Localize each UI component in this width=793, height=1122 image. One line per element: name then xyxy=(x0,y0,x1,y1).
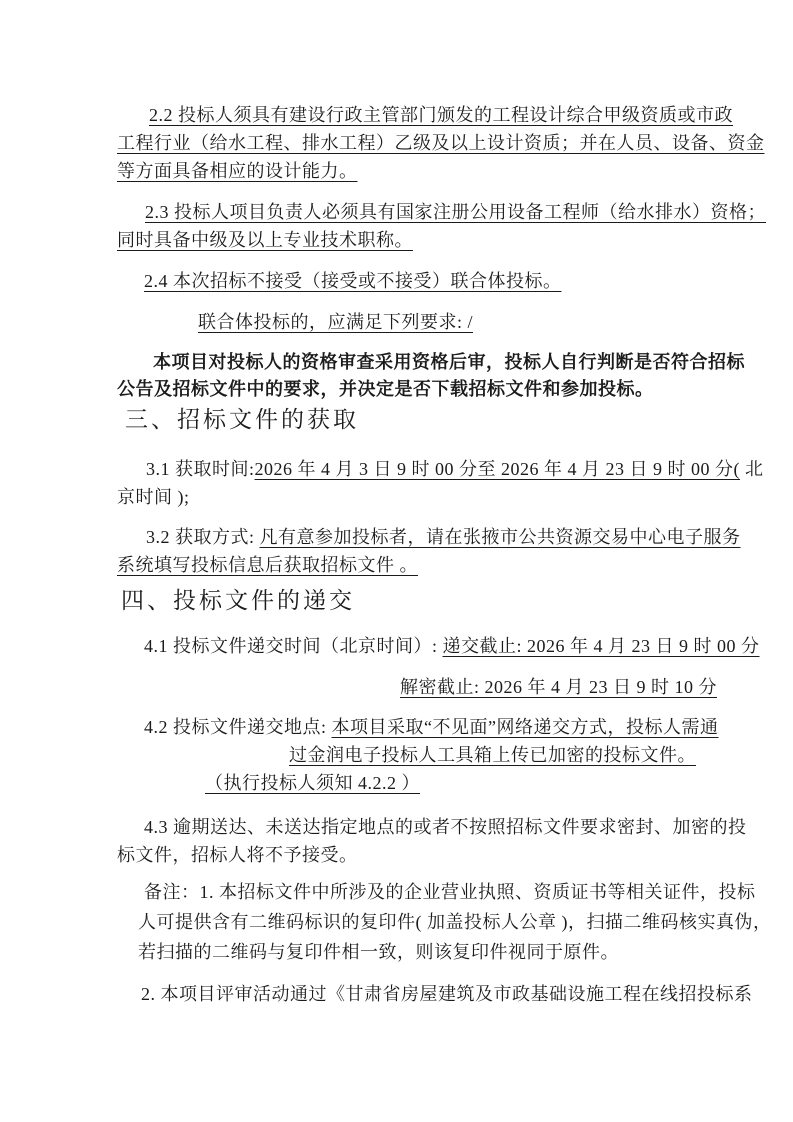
clause-4-2-line-3: （执行投标人须知 4.2.2 ） xyxy=(117,769,707,797)
clause-4-3: 4.3 逾期送达、未送达指定地点的或者不按照招标文件要求密封、加密的投 标文件，… xyxy=(117,813,707,869)
post-qualification-line-1: 本项目对投标人的资格审查采用资格后审，投标人自行判断是否符合招标 xyxy=(117,349,707,376)
post-qualification-line-2: 公告及招标文件中的要求，并决定是否下载招标文件和参加投标。 xyxy=(117,376,707,403)
clause-2-2-line-2: 工程行业（给水工程、排水工程）乙级及以上设计资质；并在人员、设备、资金 xyxy=(117,129,707,157)
remark-1: 备注：1. 本招标文件中所涉及的企业营业执照、资质证书等相关证件，投标 人可提供… xyxy=(117,877,707,967)
remark-1-line-2: 人可提供含有二维码标识的复印件( 加盖投标人公章 )，扫描二维码核实真伪， xyxy=(117,907,707,937)
joint-bid-requirement: 联合体投标的，应满足下列要求: / xyxy=(117,308,707,336)
clause-4-3-line-1: 4.3 逾期送达、未送达指定地点的或者不按照招标文件要求密封、加密的投 xyxy=(117,813,707,841)
remark-2: 2. 本项目评审活动通过《甘肃省房屋建筑及市政基础设施工程在线招投标系 xyxy=(117,980,707,1008)
section-3-heading-block: 三、招标文件的获取 xyxy=(117,405,707,435)
joint-bid-requirement-line: 联合体投标的，应满足下列要求: / xyxy=(117,308,707,336)
post-qualification-note: 本项目对投标人的资格审查采用资格后审，投标人自行判断是否符合招标 公告及招标文件… xyxy=(117,349,707,403)
clause-4-1: 4.1 投标文件递交时间（北京时间）: 递交截止: 2026 年 4 月 23 … xyxy=(117,632,707,701)
section-4-heading-block: 四、投标文件的递交 xyxy=(117,586,707,616)
clause-3-1-line-1: 3.1 获取时间:2026 年 4 月 3 日 9 时 00 分至 2026 年… xyxy=(117,455,707,483)
clause-3-1-line-2: 京时间 ); xyxy=(117,483,707,511)
clause-4-3-line-2: 标文件，招标人将不予接受。 xyxy=(117,841,707,869)
clause-3-1: 3.1 获取时间:2026 年 4 月 3 日 9 时 00 分至 2026 年… xyxy=(117,455,707,511)
clause-2-3: 2.3 投标人项目负责人必须具有国家注册公用设备工程师（给水排水）资格； 同时具… xyxy=(117,198,707,254)
clause-3-2-method-part-1: 凡有意参加投标者，请在张掖市公共资源交易中心电子服务 xyxy=(260,527,741,547)
clause-2-4: 2.4 本次招标不接受（接受或不接受）联合体投标。 xyxy=(117,267,707,295)
clause-4-2-place-part-1: 本项目采取“不见面”网络递交方式，投标人需通 xyxy=(332,717,719,737)
clause-2-2-line-1: 2.2 投标人须具有建设行政主管部门颁发的工程设计综合甲级资质或市政 xyxy=(117,101,707,129)
clause-2-2-line-3: 等方面具备相应的设计能力。 xyxy=(117,157,707,185)
clause-3-2-label: 3.2 获取方式: xyxy=(146,527,260,547)
clause-4-1-submit-deadline: 递交截止: 2026 年 4 月 23 日 9 时 00 分 xyxy=(443,636,760,656)
clause-3-2-line-1: 3.2 获取方式: 凡有意参加投标者，请在张掖市公共资源交易中心电子服务 xyxy=(117,523,707,551)
remark-1-line-1: 备注：1. 本招标文件中所涉及的企业营业执照、资质证书等相关证件，投标 xyxy=(117,877,707,907)
clause-2-4-line-1: 2.4 本次招标不接受（接受或不接受）联合体投标。 xyxy=(117,267,707,295)
remark-2-line-1: 2. 本项目评审活动通过《甘肃省房屋建筑及市政基础设施工程在线招投标系 xyxy=(117,980,707,1008)
clause-4-1-line-1: 4.1 投标文件递交时间（北京时间）: 递交截止: 2026 年 4 月 23 … xyxy=(117,632,707,660)
clause-2-2: 2.2 投标人须具有建设行政主管部门颁发的工程设计综合甲级资质或市政 工程行业（… xyxy=(117,101,707,185)
clause-4-2-line-1: 4.2 投标文件递交地点: 本项目采取“不见面”网络递交方式，投标人需通 xyxy=(117,713,707,741)
clause-4-1-decrypt-deadline: 解密截止: 2026 年 4 月 23 日 9 时 10 分 xyxy=(400,677,717,697)
remark-1-line-3: 若扫描的二维码与复印件相一致，则该复印件视同于原件。 xyxy=(117,937,707,967)
clause-3-1-label: 3.1 获取时间: xyxy=(146,459,255,479)
clause-4-2-line-2: 过金润电子投标人工具箱上传已加密的投标文件。 xyxy=(117,741,707,769)
clause-4-2: 4.2 投标文件递交地点: 本项目采取“不见面”网络递交方式，投标人需通 过金润… xyxy=(117,713,707,797)
clause-3-2-method-part-2: 系统填写投标信息后获取招标文件 。 xyxy=(117,555,418,575)
section-4-heading: 四、投标文件的递交 xyxy=(117,586,707,616)
clause-4-2-label: 4.2 投标文件递交地点: xyxy=(144,717,332,737)
clause-2-3-line-2: 同时具备中级及以上专业技术职称。 xyxy=(117,226,707,254)
clause-3-1-tail: 北 xyxy=(740,459,764,479)
document-page: 2.2 投标人须具有建设行政主管部门颁发的工程设计综合甲级资质或市政 工程行业（… xyxy=(0,0,793,1122)
clause-4-1-line-2: 解密截止: 2026 年 4 月 23 日 9 时 10 分 xyxy=(117,673,707,701)
section-3-heading: 三、招标文件的获取 xyxy=(117,405,707,435)
clause-3-2: 3.2 获取方式: 凡有意参加投标者，请在张掖市公共资源交易中心电子服务 系统填… xyxy=(117,523,707,579)
clause-3-2-line-2: 系统填写投标信息后获取招标文件 。 xyxy=(117,551,707,579)
clause-4-1-label: 4.1 投标文件递交时间（北京时间）: xyxy=(144,636,443,656)
clause-4-2-place-part-3: （执行投标人须知 4.2.2 ） xyxy=(205,773,420,793)
clause-2-3-line-1: 2.3 投标人项目负责人必须具有国家注册公用设备工程师（给水排水）资格； xyxy=(117,198,707,226)
clause-3-1-obtain-dates: 2026 年 4 月 3 日 9 时 00 分至 2026 年 4 月 23 日… xyxy=(255,459,741,479)
clause-4-2-place-part-2: 过金润电子投标人工具箱上传已加密的投标文件。 xyxy=(289,745,696,765)
